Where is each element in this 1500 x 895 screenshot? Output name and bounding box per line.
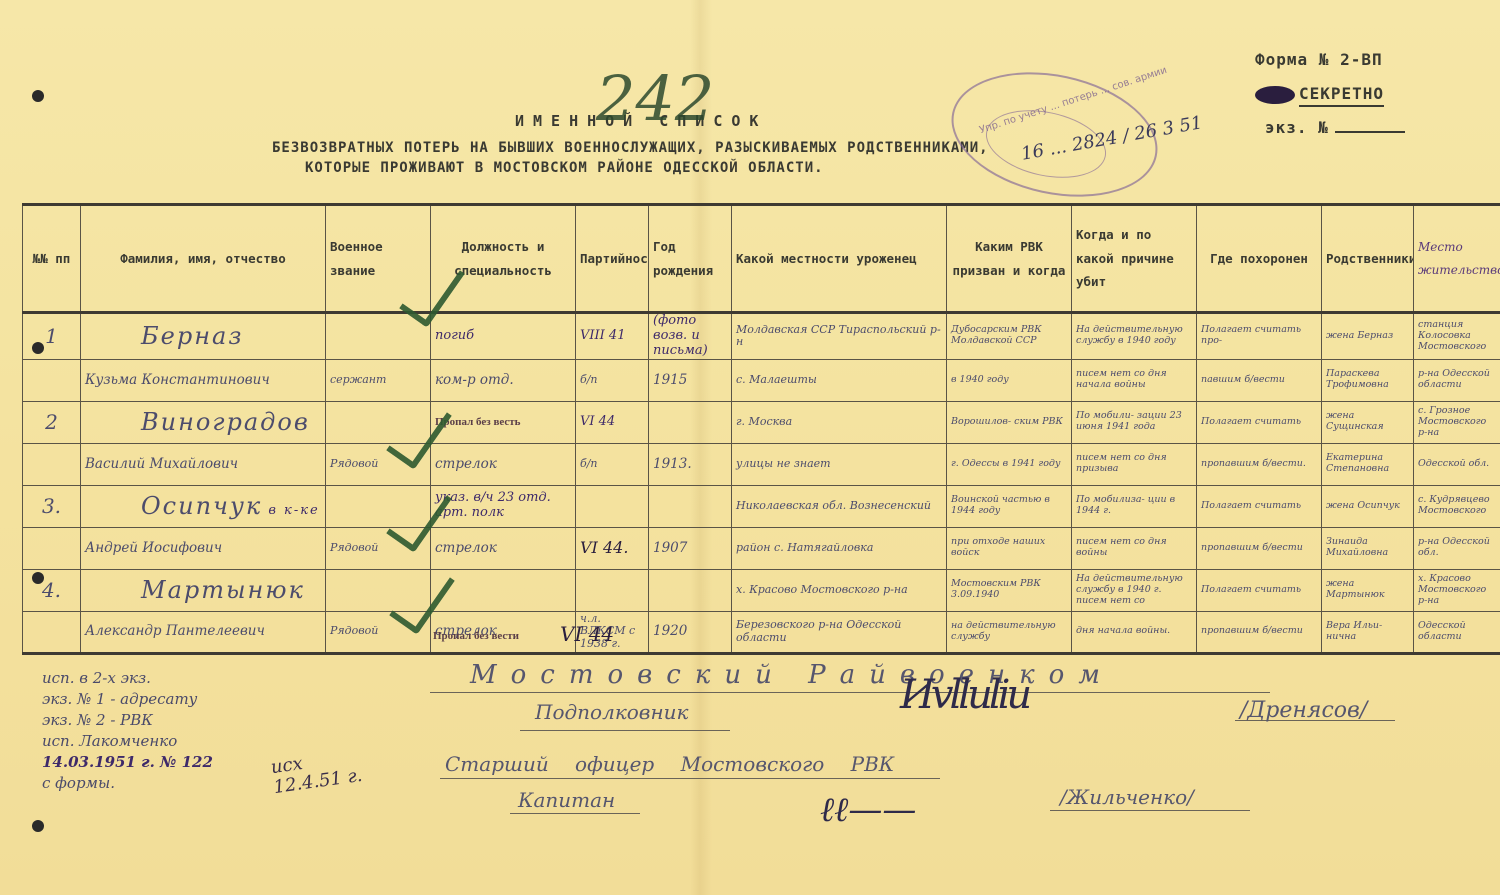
relatives: жена Осипчук: [1322, 485, 1414, 527]
name-patronymic: Андрей Иосифович: [81, 527, 326, 569]
signature-line: [1050, 810, 1250, 811]
row-number: [23, 359, 81, 401]
document-subtitle-line2: КОТОРЫЕ ПРОЖИВАЮТ В МОСТОВСКОМ РАЙОНЕ ОД…: [305, 160, 824, 176]
drafted: на действительную службу: [947, 611, 1072, 653]
burial: пропавшим б/вести.: [1197, 443, 1322, 485]
drafted: при отходе наших войск: [947, 527, 1072, 569]
row-number: 4.: [23, 569, 81, 611]
row-number: [23, 527, 81, 569]
distribution-notes: исп. в 2-х экз. экз. № 1 - адресату экз.…: [42, 668, 213, 794]
relatives: Зинаида Михайловна: [1322, 527, 1414, 569]
origin: Березовского р-на Одесской области: [732, 611, 947, 653]
surname: Осипчук в к-ке: [81, 485, 326, 527]
party: [576, 569, 649, 611]
col-header-death-cause: Когда и по какой причине убит: [1072, 205, 1197, 313]
note-line: с формы.: [42, 773, 213, 794]
residence: с. Кудрявцево Мостовского: [1414, 485, 1500, 527]
death-cause: писем нет со дня призыва: [1072, 443, 1197, 485]
position-note: [431, 569, 576, 611]
officer-title: Старший офицер Мостовского РВК: [445, 752, 894, 776]
birth-year: 1907: [649, 527, 732, 569]
position-annotation: указ. в/ч 23 отд. арт. полк: [435, 490, 551, 520]
drafted: г. Одессы в 1941 году: [947, 443, 1072, 485]
ink-blot: [1255, 86, 1295, 104]
burial: пропавшим б/вести: [1197, 527, 1322, 569]
col-header-relatives: Родственники: [1322, 205, 1414, 313]
table-row: 3.Осипчук в к-кеуказ. в/ч 23 отд. арт. п…: [23, 485, 1500, 527]
surname: Берназ: [81, 313, 326, 360]
archive-number: 242: [596, 62, 714, 135]
missing-date: VI 44: [560, 622, 614, 646]
position: стрелок: [431, 527, 576, 569]
rank-2: Капитан: [518, 788, 615, 812]
death-cause: На действительную службу в 1940 г. писем…: [1072, 569, 1197, 611]
document-page: Форма № 2-ВП СЕКРЕТНО экз. № ИМЕННОЙ СПИ…: [0, 0, 1500, 895]
party: б/п: [576, 359, 649, 401]
document-subtitle-line1: БЕЗВОЗВРАТНЫХ ПОТЕРЬ НА БЫВШИХ ВОЕННОСЛУ…: [272, 140, 989, 156]
col-header-birth-year: Год рождения: [649, 205, 732, 313]
birth-year: [649, 569, 732, 611]
residence: р-на Одесской области: [1414, 359, 1500, 401]
burial: Полагает считать про-: [1197, 313, 1322, 360]
row-number: [23, 611, 81, 653]
col-header-position: Должность и специальность: [431, 205, 576, 313]
drafted: Мостовским РВК 3.09.1940: [947, 569, 1072, 611]
residence: р-на Одесской обл.: [1414, 527, 1500, 569]
party: VIII 41: [576, 313, 649, 360]
col-header-party: Партийность: [576, 205, 649, 313]
name-patronymic: Александр Пантелеевич: [81, 611, 326, 653]
signature-2: ℓℓ——: [820, 790, 916, 830]
birth-year: 1913.: [649, 443, 732, 485]
drafted: в 1940 году: [947, 359, 1072, 401]
origin: х. Красово Мостовского р-на: [732, 569, 947, 611]
missing-stamp: Пропал без вести: [433, 630, 519, 642]
rank: сержант: [326, 359, 431, 401]
note-line: 14.03.1951 г. № 122: [42, 752, 213, 773]
party: VI 44.: [576, 527, 649, 569]
residence: станция Колосовка Мостовского: [1414, 313, 1500, 360]
copy-number-blank: [1335, 131, 1405, 133]
origin: Николаевская обл. Вознесенский: [732, 485, 947, 527]
position-annotation: погиб: [435, 328, 474, 343]
drafted: Воинской частью в 1944 году: [947, 485, 1072, 527]
pin-hole: [32, 820, 44, 832]
death-cause: писем нет со дня войны: [1072, 527, 1197, 569]
signature-line: [520, 730, 730, 731]
copy-label: экз. №: [1265, 118, 1329, 137]
note-line: исп. в 2-х экз.: [42, 668, 213, 689]
burial: пропавшим б/вести: [1197, 611, 1322, 653]
birth-year: 1915: [649, 359, 732, 401]
birth-year: 1920: [649, 611, 732, 653]
drafted: Ворошилов- ским РВК: [947, 401, 1072, 443]
signature-line: [440, 778, 940, 779]
table-row-continued: Александр ПантелеевичРядовойстрелокч.л. …: [23, 611, 1500, 653]
row-number: [23, 443, 81, 485]
death-cause: писем нет со дня начала войны: [1072, 359, 1197, 401]
relatives: Параскева Трофимовна: [1322, 359, 1414, 401]
burial: Полагает считать: [1197, 401, 1322, 443]
position-note: указ. в/ч 23 отд. арт. полк: [431, 485, 576, 527]
signer-name-1: /Дренясов/: [1240, 698, 1367, 723]
pin-hole: [32, 90, 44, 102]
classification-mark: СЕКРЕТНО: [1255, 84, 1384, 104]
death-cause: По мобилиза- ции в 1944 г.: [1072, 485, 1197, 527]
casualty-table: №№ пп Фамилия, имя, отчество Военное зва…: [22, 203, 1500, 655]
relatives: Вера Ильи- нична: [1322, 611, 1414, 653]
position: ком-р отд.: [431, 359, 576, 401]
burial: Полагает считать: [1197, 485, 1322, 527]
photo-note: (фото возв. и письма): [653, 313, 708, 358]
residence: Одесской обл.: [1414, 443, 1500, 485]
death-date: VIII 41: [580, 328, 625, 343]
name-patronymic: Василий Михайлович: [81, 443, 326, 485]
surname: Мартынюк: [81, 569, 326, 611]
form-id: Форма № 2-ВП: [1255, 50, 1383, 69]
table-row: 2ВиноградовПропал без вестьVI 44г. Москв…: [23, 401, 1500, 443]
party: б/п: [576, 443, 649, 485]
birth-year: [649, 485, 732, 527]
signature-1: Иvlluliu: [900, 672, 1028, 718]
table-row: 4.Мартынюкх. Красово Мостовского р-наМос…: [23, 569, 1500, 611]
col-header-residence: Место жительство: [1414, 205, 1500, 313]
name-patronymic: Кузьма Константинович: [81, 359, 326, 401]
origin: район с. Натягайловка: [732, 527, 947, 569]
row-number: 1: [23, 313, 81, 360]
signature-line: [430, 692, 1270, 693]
note-line: экз. № 2 - РВК: [42, 710, 213, 731]
col-header-drafted: Каким РВК призван и когда: [947, 205, 1072, 313]
row-number: 2: [23, 401, 81, 443]
birth-year: (фото возв. и письма): [649, 313, 732, 360]
death-cause: дня начала войны.: [1072, 611, 1197, 653]
origin: улицы не знает: [732, 443, 947, 485]
surname: Виноградов: [81, 401, 326, 443]
relatives: Екатерина Степановна: [1322, 443, 1414, 485]
signer-name-2: /Жильченко/: [1060, 785, 1194, 809]
position: стрелок: [431, 443, 576, 485]
relatives: жена Сущинская: [1322, 401, 1414, 443]
table-row: 1БерназпогибVIII 41(фото возв. и письма)…: [23, 313, 1500, 360]
origin: Молдавская ССР Тираспольский р-н: [732, 313, 947, 360]
origin: г. Москва: [732, 401, 947, 443]
party: VI 44: [576, 401, 649, 443]
relatives: жена Мартынюк: [1322, 569, 1414, 611]
residence: х. Красово Мостовского р-на: [1414, 569, 1500, 611]
origin: с. Малаешты: [732, 359, 947, 401]
burial: павшим б/вести: [1197, 359, 1322, 401]
death-cause: По мобили- зации 23 июня 1941 года: [1072, 401, 1197, 443]
col-header-number: №№ пп: [23, 205, 81, 313]
note-line: исп. Лакомченко: [42, 731, 213, 752]
col-header-name: Фамилия, имя, отчество: [81, 205, 326, 313]
table-row-continued: Кузьма Константиновичсержантком-р отд.б/…: [23, 359, 1500, 401]
position-note: погиб: [431, 313, 576, 360]
drafted: Дубосарским РВК Молдавской ССР: [947, 313, 1072, 360]
rank-1: Подполковник: [535, 700, 688, 724]
table-row-continued: Андрей ИосифовичРядовойстрелокVI 44.1907…: [23, 527, 1500, 569]
surname-note: в к-ке: [262, 503, 319, 518]
party: [576, 485, 649, 527]
classification-label: СЕКРЕТНО: [1299, 84, 1384, 107]
death-cause: На действительную службу в 1940 году: [1072, 313, 1197, 360]
position-note: Пропал без весть: [431, 401, 576, 443]
burial: Полагает считать: [1197, 569, 1322, 611]
col-header-burial: Где похоронен: [1197, 205, 1322, 313]
copy-number: экз. №: [1265, 118, 1405, 137]
relatives: жена Берназ: [1322, 313, 1414, 360]
birth-year: [649, 401, 732, 443]
table-header-row: №№ пп Фамилия, имя, отчество Военное зва…: [23, 205, 1500, 313]
table-row-continued: Василий МихайловичРядовойстрелокб/п1913.…: [23, 443, 1500, 485]
note-line: экз. № 1 - адресату: [42, 689, 213, 710]
row-number: 3.: [23, 485, 81, 527]
col-header-origin: Какой местности уроженец: [732, 205, 947, 313]
registration-mark: исх 12.4.51 г.: [270, 746, 364, 798]
residence: с. Грозное Мостовского р-на: [1414, 401, 1500, 443]
death-date: VI 44: [580, 414, 615, 429]
residence: Одесской области: [1414, 611, 1500, 653]
signature-line: [510, 813, 640, 814]
